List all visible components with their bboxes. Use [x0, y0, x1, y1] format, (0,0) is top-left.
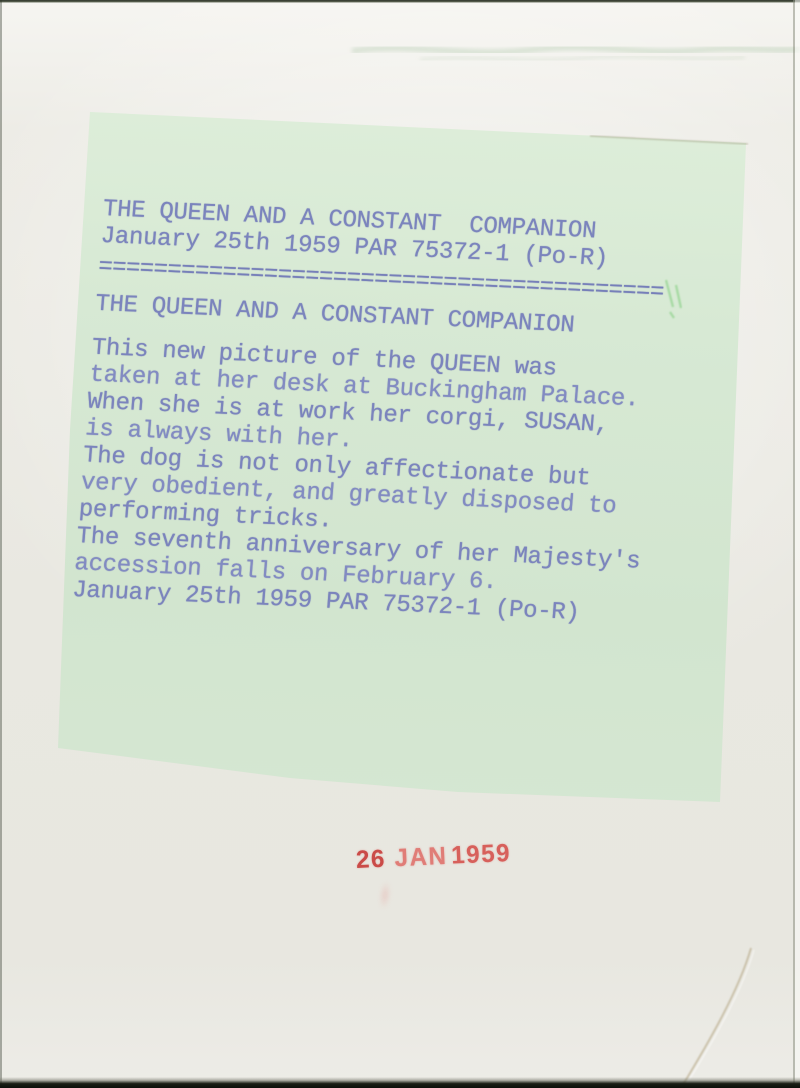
scan-edge-bottom: [0, 1077, 800, 1088]
date-stamp-year: 1959: [451, 839, 512, 870]
date-stamp-day: 26: [355, 845, 386, 874]
date-stamp-month: JAN: [394, 842, 448, 872]
crease-line: [681, 948, 751, 1088]
date-stamp: 26JAN1959: [355, 839, 511, 875]
card-right-margin: [795, 0, 800, 1088]
card-edge-line: [793, 0, 795, 1088]
caption-paper: THE QUEEN AND A CONSTANT COMPANION Janua…: [58, 112, 748, 804]
smudge-mark: [420, 56, 745, 60]
typed-caption: THE QUEEN AND A CONSTANT COMPANION Janua…: [71, 196, 713, 632]
stamp-ink-smear: [375, 879, 395, 919]
scan-edge-top: [0, 0, 800, 3]
photo-back-card: THE QUEEN AND A CONSTANT COMPANION Janua…: [0, 0, 800, 1088]
smudge-mark: [352, 47, 800, 52]
crease-highlight: [684, 950, 754, 1088]
scan-edge-left: [0, 0, 2, 1088]
